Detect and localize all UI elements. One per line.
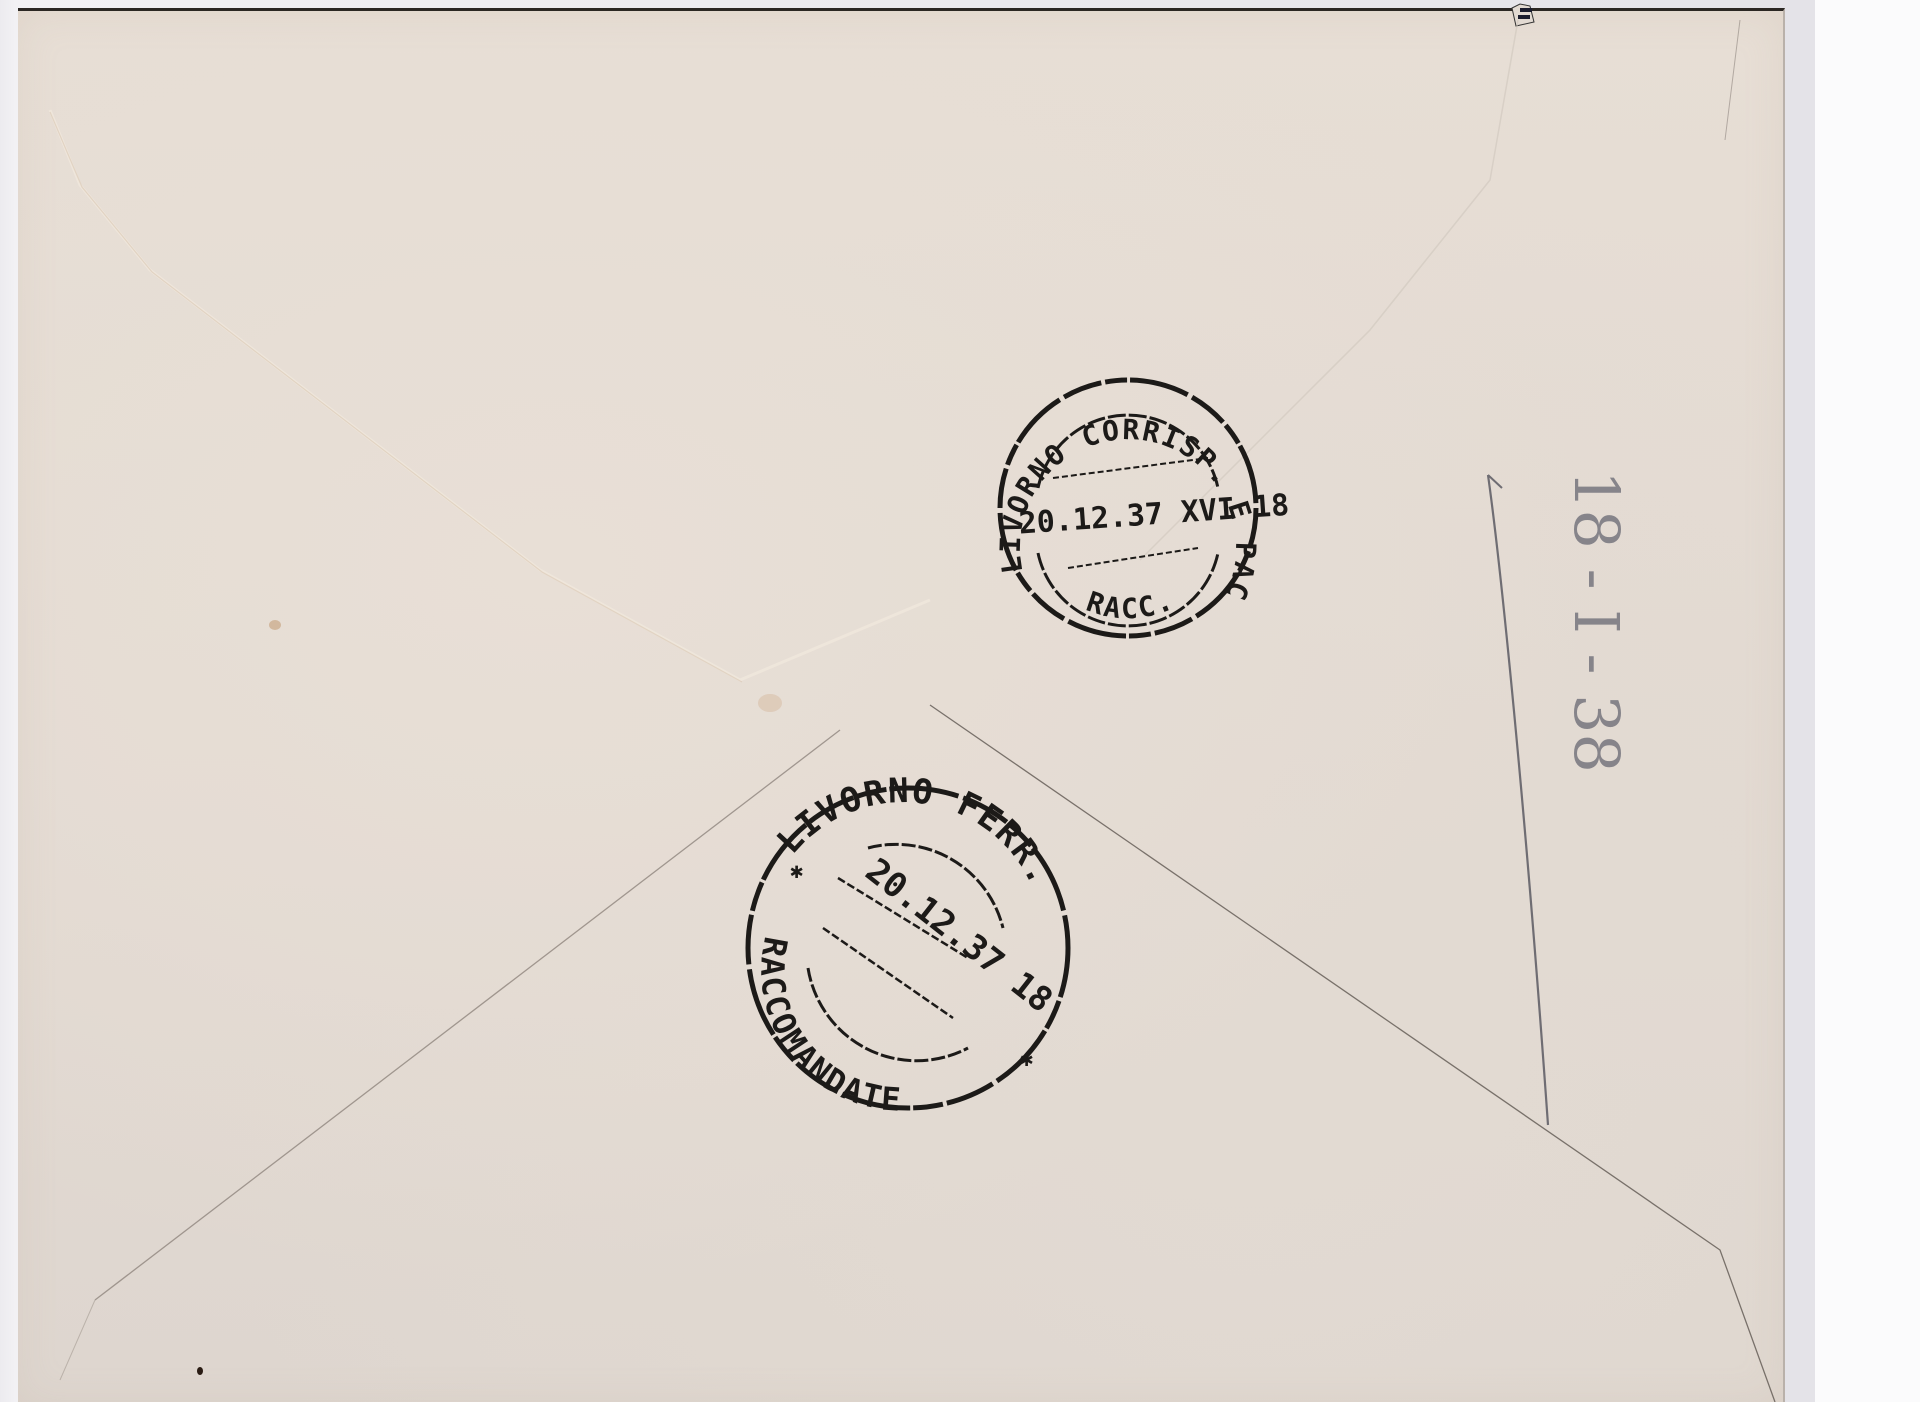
postmark-upper: LIVORNO CORRISP. E PACCHI RACC. I 20.12.… [994, 380, 1291, 636]
pencil-notation: 18 - I - 38 [1560, 470, 1633, 773]
star-icon: ✱ [790, 859, 803, 884]
postmark-lower-bottom-text: RACCOMANDATE [753, 934, 904, 1119]
postmark-lower-outer-text: LIVORNO FERR. [769, 771, 1060, 892]
envelope-details: LIVORNO CORRISP. E PACCHI RACC. I 20.12.… [0, 0, 1920, 1402]
star-icon: ✱ [1020, 1047, 1033, 1072]
postmark-lower: LIVORNO FERR. RACCOMANDATE 20.12.37 18 ✱… [748, 771, 1068, 1119]
pencil-line [1488, 475, 1548, 1125]
flap-lines [50, 20, 1775, 1402]
